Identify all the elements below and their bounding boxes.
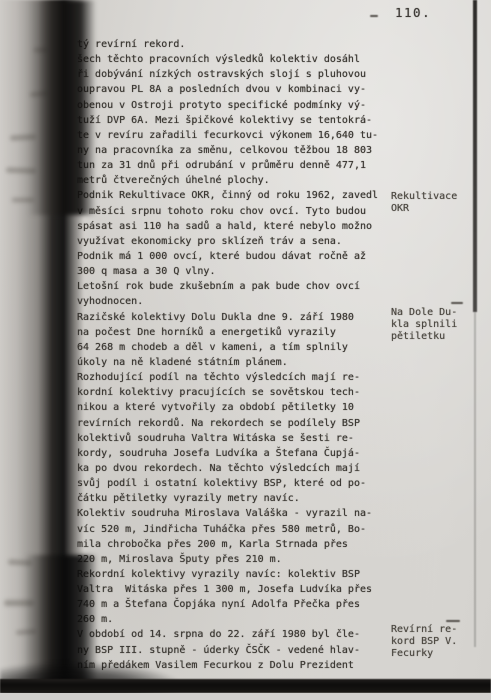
page-edge-line (473, 0, 477, 312)
body-text: tý revírní rekord.šech těchto pracovních… (77, 37, 378, 673)
text-line: využívat ekonomicky pro sklízeň tráv a s… (77, 234, 378, 249)
text-line: tuží DVP 6A. Mezi špičkové kolektivy se … (77, 113, 378, 128)
text-line: kla splnili (391, 319, 487, 331)
pencil-mark (370, 15, 378, 17)
text-line: Revírní re- (391, 624, 487, 636)
text-line: te v revíru zařadili fecurkovci výkonem … (77, 128, 378, 143)
scan-bottom-margin (0, 693, 491, 700)
text-line: pětiletku (391, 331, 487, 343)
text-line: 260 m. (77, 612, 378, 627)
text-line: Kolektiv soudruha Miroslava Valáška - vy… (77, 506, 378, 521)
text-line: Valtra Witáska přes 1 300 m, Josefa Ludv… (77, 582, 378, 597)
text-line: 740 m a Štefana Čopjáka nyní Adolfa Přeč… (77, 597, 378, 612)
text-line: 300 q masa a 30 Q vlny. (77, 264, 378, 279)
text-line: šech těchto pracovních výsledků kolektiv… (77, 52, 378, 67)
text-line: spásat asi 110 ha sadů a hald, které neb… (77, 219, 378, 234)
text-line: Rozhodující podíl na těchto výsledcích m… (77, 370, 378, 385)
text-line: kolektivů soudruha Valtra Witáska se šes… (77, 431, 378, 446)
text-line: v měsíci srpnu tohoto roku chov ovcí. Ty… (77, 204, 378, 219)
text-line: metrů čtverečných úhelné plochy. (77, 173, 378, 188)
text-line: revírních rekordů. Na rekordech se podíl… (77, 416, 378, 431)
text-line: Podnik má 1 000 ovcí, které budou dávat … (77, 249, 378, 264)
text-line: Podnik Rekultivace OKR, činný od roku 19… (77, 188, 378, 203)
text-line: kordy, soudruha Josefa Ludvíka a Štefana… (77, 446, 378, 461)
text-line: 64 268 m chodeb a děl v kameni, a tím sp… (77, 340, 378, 355)
text-line: Letošní rok bude zkušebním a pak bude ch… (77, 279, 378, 294)
text-line: obenou v Ostroji protyto specifické podm… (77, 98, 378, 113)
text-line: Fecurky (391, 648, 487, 660)
pencil-mark (446, 620, 460, 622)
text-line: ny na pracovníka za směnu, celkovou těžb… (77, 143, 378, 158)
text-line: úkoly na ně kladené státním plánem. (77, 355, 378, 370)
scanned-document-page: 110. tý revírní rekord.šech těchto praco… (0, 0, 491, 700)
text-line: oupravou PL 8A a posledních dvou v kombi… (77, 82, 378, 97)
scan-bottom-bar (0, 679, 491, 693)
page-edge-line-faint (474, 312, 476, 647)
text-line: Razičské kolektivy Dolu Dukla dne 9. zář… (77, 310, 378, 325)
text-line: kordní kolektivy pracujících se sovětsko… (77, 385, 378, 400)
book-gutter-shadow-top (28, 0, 96, 215)
text-line: tun za 31 dnů při odrubání v průměru den… (77, 158, 378, 173)
text-line: vyhodnocen. (77, 294, 378, 309)
text-line: svůj podíl i ostatní kolektivy BSP, kter… (77, 476, 378, 491)
margin-note-revirni-rekord: Revírní re-kord BSP V.Fecurky (391, 624, 487, 659)
pencil-mark (451, 302, 463, 304)
text-line: ka po dvou rekordech. Na těchto výsledcí… (77, 461, 378, 476)
text-line: kord BSP V. (391, 636, 487, 648)
page-number: 110. (395, 5, 431, 20)
text-line: víc 520 m, Jindřicha Tuháčka přes 580 me… (77, 522, 378, 537)
text-line: tý revírní rekord. (77, 37, 378, 52)
text-line: mila chrobočka přes 200 m, Karla Strnada… (77, 537, 378, 552)
text-line: Rekordní kolektivy vyrazily navíc: kolek… (77, 567, 378, 582)
text-line: nikou a které vytvořily za období pětile… (77, 400, 378, 415)
text-line: 220 m, Miroslava Šputy přes 210 m. (77, 552, 378, 567)
text-line: čátku pětiletky vyrazily metry navíc. (77, 491, 378, 506)
text-line: na počest Dne horníků a energetiků vyraz… (77, 325, 378, 340)
margin-note-dul-dukla: Na Dole Du-kla splnilipětiletku (391, 307, 487, 342)
text-line: ři dobývání nízkých ostravských slojí s … (77, 67, 378, 82)
